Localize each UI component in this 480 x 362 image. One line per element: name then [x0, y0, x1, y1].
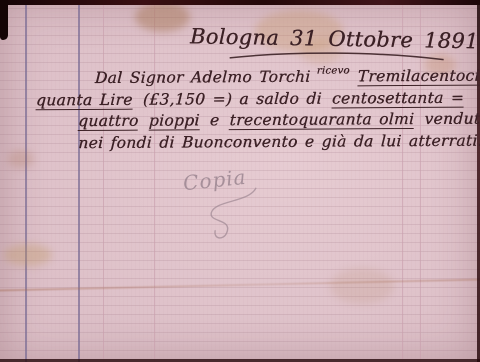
line3-text: e — [209, 111, 219, 129]
pencil-note: Copia — [182, 165, 248, 196]
paper-stain — [330, 268, 394, 304]
line3-text: vendutigli — [424, 109, 480, 128]
photograph-of-handwritten-letter: Bologna 31 Ottobre 1891 = Dal Signor Ade… — [0, 0, 480, 362]
letter-line-3: quattro pioppi e trecentoquaranta olmi v… — [78, 110, 455, 134]
paper-stain — [135, 2, 190, 32]
letter-line-2: quanta Lire (£3,150 =) a saldo di centos… — [35, 88, 454, 112]
ruled-column-line — [103, 4, 104, 362]
letter-line-4: nei fondi di Buonconvento e già da lui a… — [78, 131, 455, 155]
dateline: Bologna 31 Ottobre 1891 = — [190, 24, 480, 54]
line2-underlined: centosettanta = — [332, 88, 465, 108]
line4-text: nei fondi di Buonconvento e già da lui a… — [78, 131, 480, 151]
pencil-flourish — [198, 183, 284, 249]
ruled-column-line — [154, 4, 155, 362]
paper-stain — [4, 244, 52, 266]
photo-border-corner — [0, 0, 8, 40]
line1-text: Dal Signor Adelmo Torchi — [94, 68, 310, 87]
margin-line-left-outer — [25, 4, 27, 362]
line3-underlined: trecentoquaranta olmi — [229, 110, 415, 130]
paper-stain — [8, 150, 34, 168]
margin-line-left-inner — [78, 4, 80, 362]
line2-text: (£3,150 =) a saldo di — [143, 89, 323, 108]
letter-body: Dal Signor Adelmo Torchiricevo Tremilace… — [36, 67, 455, 156]
photo-border-top — [0, 0, 480, 5]
line1-underlined: Tremilacentocin = — [357, 66, 480, 86]
line2-underlined: quanta Lire — [36, 90, 134, 110]
superscript-word: ricevo — [316, 65, 349, 76]
letter-line-1: Dal Signor Adelmo Torchiricevo Tremilace… — [94, 67, 454, 91]
line3-underlined: pioppi — [148, 111, 200, 130]
line3-underlined: quattro — [78, 112, 139, 131]
